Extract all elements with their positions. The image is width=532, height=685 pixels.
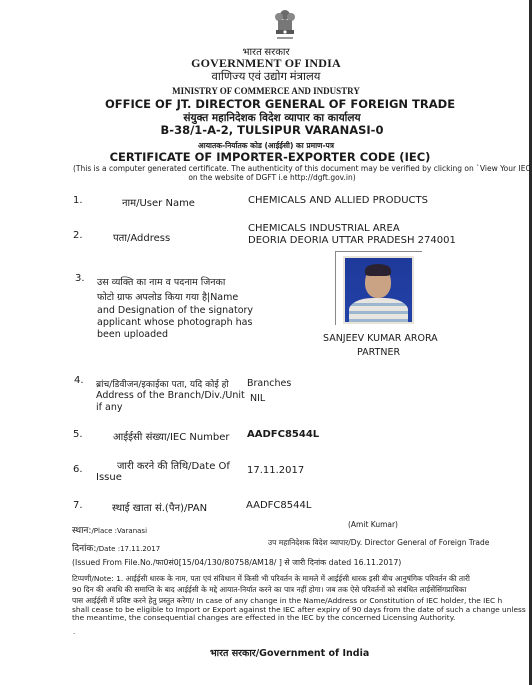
row-3-label-line2: फोटो ग्राफ अपलोड किया गया है|Name bbox=[97, 290, 238, 303]
row-1-label: नाम/User Name bbox=[122, 195, 195, 209]
signatory-designation: उप महानिदेशक विदेश व्यापार/Dy. Director … bbox=[268, 538, 489, 548]
row-6-label-line1: जारी करने की तिथि/Date Of bbox=[117, 458, 230, 472]
state-emblem-icon bbox=[272, 8, 298, 44]
header-ministry: MINISTRY OF COMMERCE AND INDUSTRY bbox=[0, 86, 532, 96]
row-6-number: 6. bbox=[73, 464, 83, 475]
row-5-value: AADFC8544L bbox=[247, 429, 319, 440]
certificate-note-line1: (This is a computer generated certificat… bbox=[73, 164, 531, 173]
certificate-title: CERTIFICATE OF IMPORTER-EXPORTER CODE (I… bbox=[4, 150, 532, 164]
date-line: दिनांक:/Date :17.11.2017 bbox=[72, 536, 160, 555]
row-1-number: 1. bbox=[73, 195, 83, 206]
issued-from: (Issued From File.No./फा0सं0[15/04/130/8… bbox=[72, 558, 401, 568]
row-5-number: 5. bbox=[73, 429, 83, 440]
note-line1: टिप्पणी/Note: 1. आईईसी धारक के नाम, पता … bbox=[72, 574, 527, 585]
row-4-label-line1: ब्रांच/डिवीजन/इकाईका पता, यदि कोई हो bbox=[96, 377, 229, 390]
row-3-label-line3: and Designation of the signatory bbox=[97, 305, 253, 316]
place-value: /Place :Varanasi bbox=[91, 527, 147, 535]
signatory-name: (Amit Kumar) bbox=[348, 520, 398, 529]
row-4-label-line3: if any bbox=[96, 402, 122, 413]
header-address: B-38/1-A-2, TULSIPUR VARANASI-0 bbox=[6, 123, 532, 137]
row-2-number: 2. bbox=[73, 230, 83, 241]
place-line: स्थान:/Place :Varanasi bbox=[72, 518, 147, 537]
row-2-value-line2: DEORIA DEORIA UTTAR PRADESH 274001 bbox=[248, 235, 456, 246]
row-2-label: पता/Address bbox=[113, 230, 170, 244]
date-value: /Date :17.11.2017 bbox=[96, 545, 160, 553]
row-7-label: स्थाई खाता सं.(पैन)/PAN bbox=[112, 500, 207, 514]
row-6-label-line2: Issue bbox=[96, 472, 122, 483]
photo-name: SANJEEV KUMAR ARORA bbox=[323, 333, 438, 344]
row-3-label-line4: applicant whose photograph has bbox=[97, 317, 252, 328]
footer-government: भारत सरकार/Government of India bbox=[210, 646, 369, 659]
row-4-number: 4. bbox=[74, 375, 84, 386]
photo-designation: PARTNER bbox=[357, 347, 400, 358]
row-3-label-line5: been uploaded bbox=[97, 329, 168, 340]
row-7-number: 7. bbox=[73, 500, 83, 511]
row-3-number: 3. bbox=[75, 273, 85, 284]
row-4-value-line2: NIL bbox=[250, 393, 265, 404]
row-4-value-line1: Branches bbox=[247, 378, 291, 389]
certificate-note-line2: on the website of DGFT i.e http://dgft.g… bbox=[6, 173, 532, 182]
applicant-photo bbox=[343, 256, 414, 324]
place-hindi: स्थान: bbox=[72, 526, 91, 536]
row-7-value: AADFC8544L bbox=[246, 500, 311, 511]
dot-mark: . bbox=[73, 628, 75, 636]
note-line2: 90 दिन की अवधि की समाप्ति के बाद आईईसी क… bbox=[72, 585, 527, 596]
date-hindi: दिनांक: bbox=[72, 544, 96, 554]
header-office: OFFICE OF JT. DIRECTOR GENERAL OF FOREIG… bbox=[14, 97, 532, 111]
row-5-label: आईईसी संख्या/IEC Number bbox=[113, 429, 230, 443]
row-1-value: CHEMICALS AND ALLIED PRODUCTS bbox=[248, 195, 428, 206]
row-2-value-line1: CHEMICALS INDUSTRIAL AREA bbox=[248, 223, 400, 234]
header-hindi-ministry: वाणिज्य एवं उद्योग मंत्रालय bbox=[0, 69, 532, 84]
row-4-label-line2: Address of the Branch/Div./Unit bbox=[96, 390, 245, 401]
row-3-label-line1: उस व्यक्ति का नाम व पदनाम जिनका bbox=[97, 275, 225, 288]
note-line5: the meantime, the consequential changes … bbox=[72, 613, 527, 624]
row-6-value: 17.11.2017 bbox=[247, 465, 304, 476]
